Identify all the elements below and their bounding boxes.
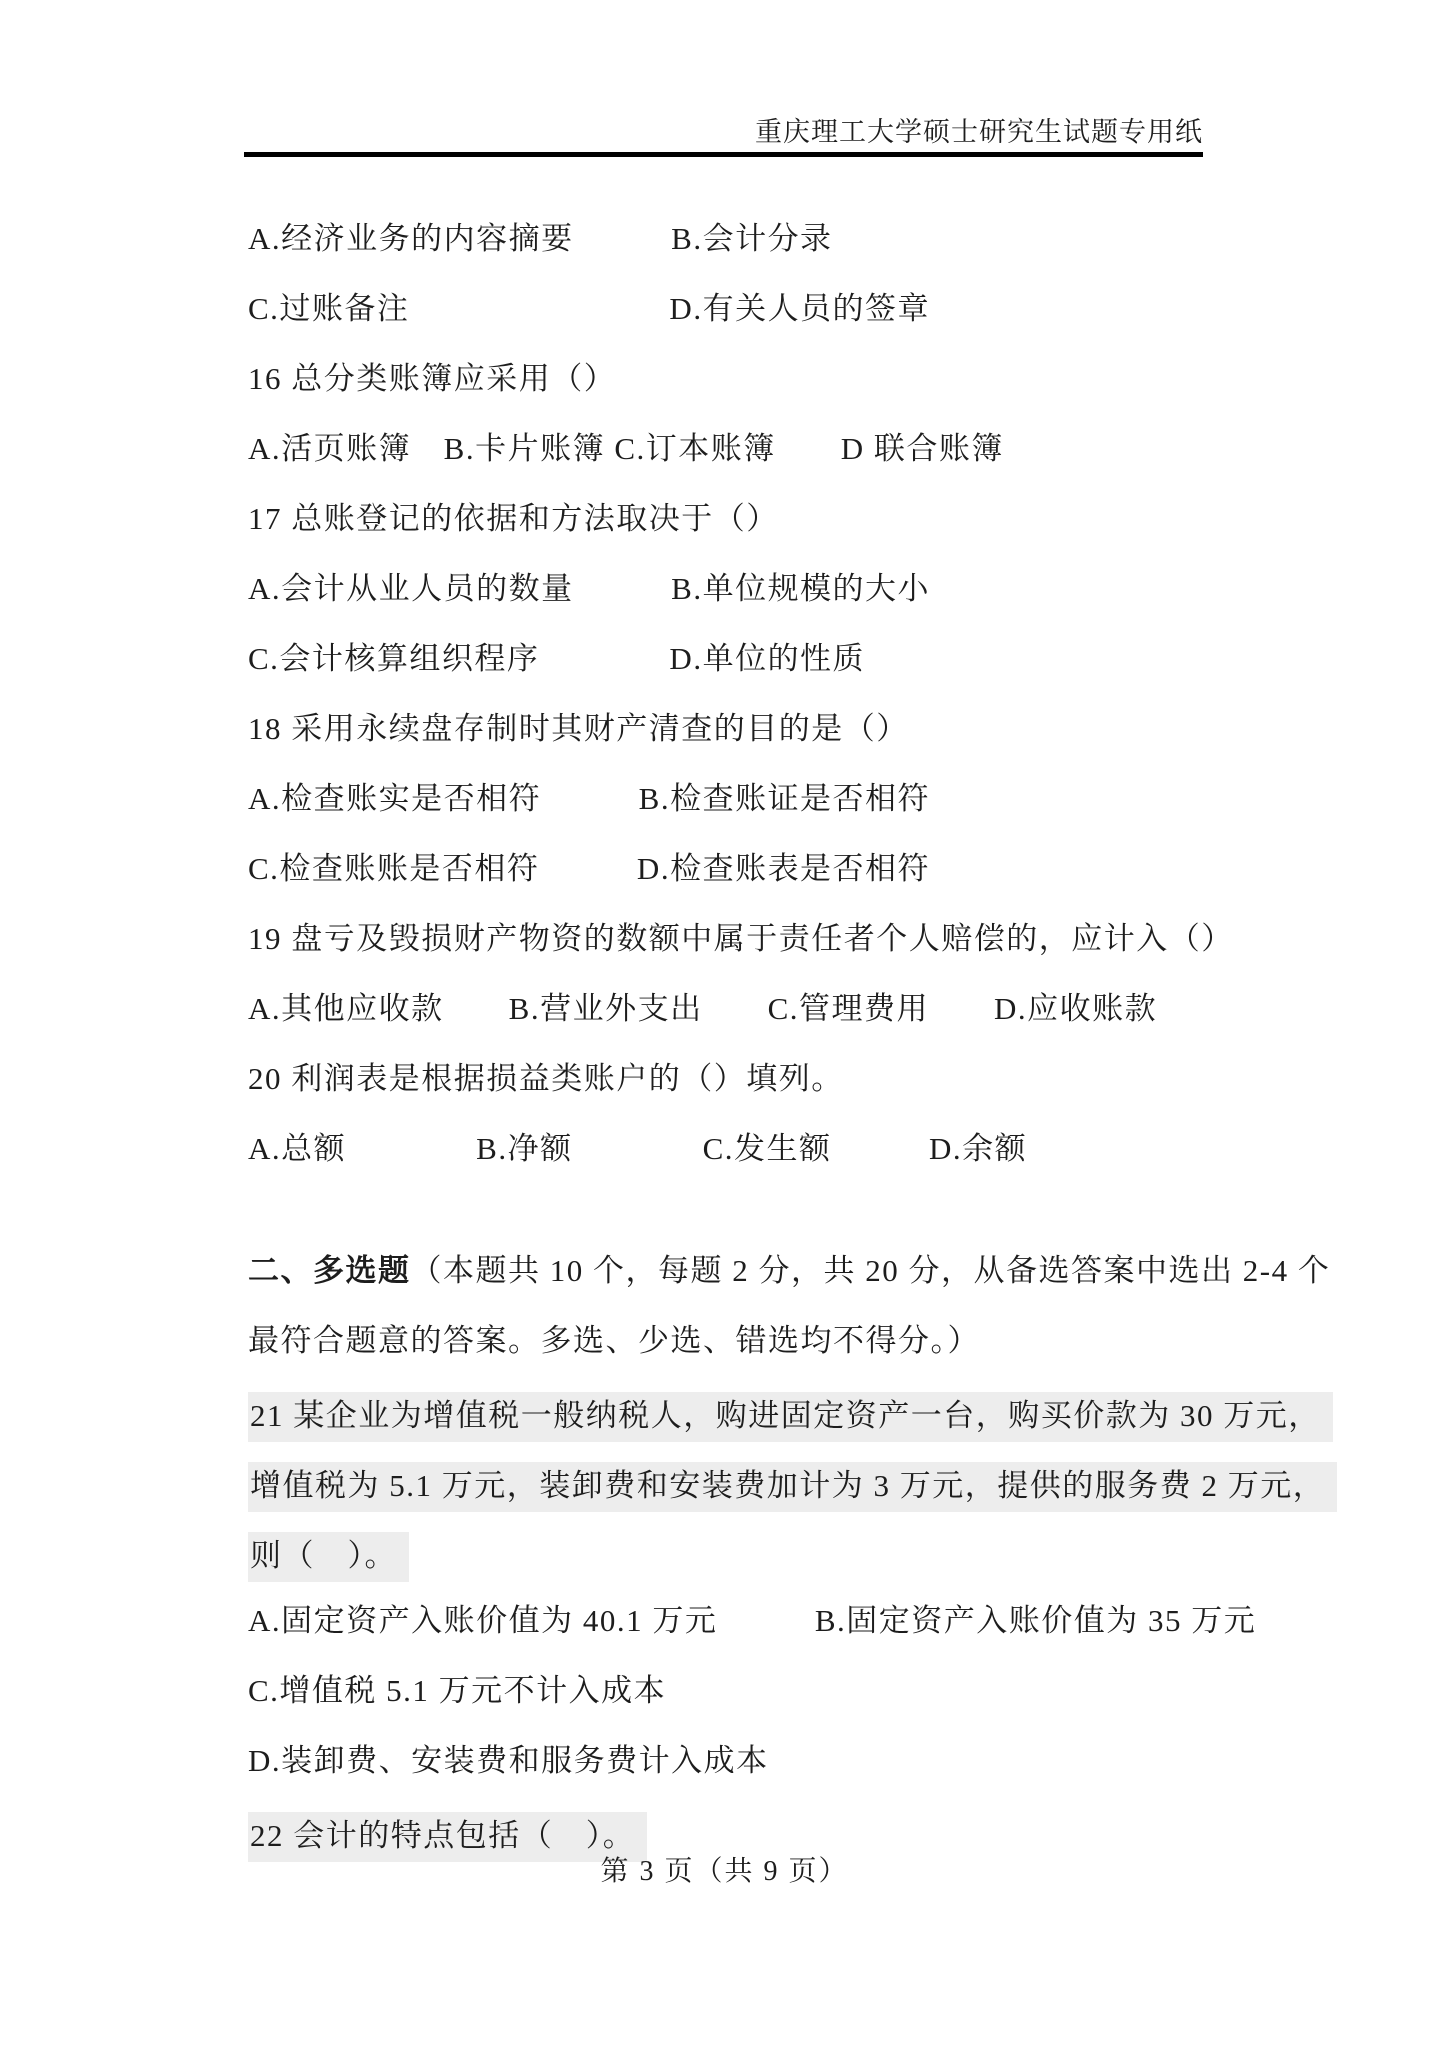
- question-20-text: 20 利润表是根据损益类账户的（）填列。: [248, 1061, 844, 1096]
- answer-row-19-text: A.其他应收款 B.营业外支出 C.管理费用 D.应收账款: [248, 991, 1157, 1026]
- question-21-line-2: 增值税为 5.1 万元，装卸费和安装费加计为 3 万元，提供的服务费 2 万元，: [248, 1462, 1368, 1532]
- question-19-text: 19 盘亏及毁损财产物资的数额中属于责任者个人赔偿的，应计入（）: [248, 921, 1234, 956]
- answer-row-20-text: A.总额 B.净额 C.发生额 D.余额: [248, 1131, 1027, 1166]
- question-21-line-2-text: 增值税为 5.1 万元，装卸费和安装费加计为 3 万元，提供的服务费 2 万元，: [248, 1462, 1337, 1512]
- answer-21-c: C.增值税 5.1 万元不计入成本: [248, 1672, 1368, 1742]
- answer-21-c-text: C.增值税 5.1 万元不计入成本: [248, 1673, 666, 1708]
- section-instructions-line2: 最符合题意的答案。多选、少选、错选均不得分。）: [248, 1322, 1368, 1392]
- paper-header-title: 重庆理工大学硕士研究生试题专用纸: [755, 110, 1203, 149]
- question-16: 16 总分类账簿应采用（）: [248, 360, 1368, 430]
- question-21-line-1: 21 某企业为增值税一般纳税人，购进固定资产一台，购买价款为 30 万元，: [248, 1392, 1368, 1462]
- section-instructions-line2-text: 最符合题意的答案。多选、少选、错选均不得分。）: [248, 1323, 980, 1358]
- answer-row-17-ab-text: A.会计从业人员的数量 B.单位规模的大小: [248, 571, 930, 606]
- answer-row-18-ab: A.检查账实是否相符 B.检查账证是否相符: [248, 780, 1368, 850]
- answer-row-15-ab: A.经济业务的内容摘要 B.会计分录: [248, 220, 1368, 290]
- question-21-line-1-text: 21 某企业为增值税一般纳税人，购进固定资产一台，购买价款为 30 万元，: [248, 1392, 1333, 1442]
- answer-21-d-text: D.装卸费、安装费和服务费计入成本: [248, 1743, 769, 1778]
- question-21-line-3: 则（ ）。: [248, 1532, 1368, 1602]
- answer-row-18-cd: C.检查账账是否相符 D.检查账表是否相符: [248, 850, 1368, 920]
- question-20: 20 利润表是根据损益类账户的（）填列。: [248, 1060, 1368, 1130]
- answer-row-17-cd-text: C.会计核算组织程序 D.单位的性质: [248, 641, 865, 676]
- question-21-line-3-text: 则（ ）。: [248, 1532, 409, 1582]
- answer-row-15-cd: C.过账备注 D.有关人员的签章: [248, 290, 1368, 360]
- answer-row-16-text: A.活页账簿 B.卡片账簿 C.订本账簿 D 联合账簿: [248, 431, 1004, 466]
- answer-row-21-ab-text: A.固定资产入账价值为 40.1 万元 B.固定资产入账价值为 35 万元: [248, 1603, 1256, 1638]
- answer-row-17-cd: C.会计核算组织程序 D.单位的性质: [248, 640, 1368, 710]
- section-title-multi-select: 二、多选题（本题共 10 个，每题 2 分，共 20 分，从备选答案中选出 2-…: [248, 1252, 1368, 1322]
- answer-21-d: D.装卸费、安装费和服务费计入成本: [248, 1742, 1368, 1812]
- answer-row-15-cd-text: C.过账备注 D.有关人员的签章: [248, 291, 930, 326]
- answer-row-16: A.活页账簿 B.卡片账簿 C.订本账簿 D 联合账簿: [248, 430, 1368, 500]
- page-number: 第 3 页（共 9 页）: [0, 1849, 1449, 1889]
- answer-row-18-cd-text: C.检查账账是否相符 D.检查账表是否相符: [248, 851, 930, 886]
- answer-row-20: A.总额 B.净额 C.发生额 D.余额: [248, 1130, 1368, 1200]
- exam-body: A.经济业务的内容摘要 B.会计分录 C.过账备注 D.有关人员的签章 16 总…: [248, 220, 1368, 1882]
- exam-paper-page: { "header": { "title": "重庆理工大学硕士研究生试题专用纸…: [0, 0, 1449, 2046]
- question-18-text: 18 采用永续盘存制时其财产清查的目的是（）: [248, 711, 909, 746]
- section-title-rest: （本题共 10 个，每题 2 分，共 20 分，从备选答案中选出 2-4 个: [411, 1253, 1331, 1288]
- header-rule: [244, 152, 1203, 157]
- answer-row-21-ab: A.固定资产入账价值为 40.1 万元 B.固定资产入账价值为 35 万元: [248, 1602, 1368, 1672]
- section-title-bold: 二、多选题: [248, 1253, 411, 1288]
- question-18: 18 采用永续盘存制时其财产清查的目的是（）: [248, 710, 1368, 780]
- answer-row-19: A.其他应收款 B.营业外支出 C.管理费用 D.应收账款: [248, 990, 1368, 1060]
- answer-row-18-ab-text: A.检查账实是否相符 B.检查账证是否相符: [248, 781, 930, 816]
- answer-row-17-ab: A.会计从业人员的数量 B.单位规模的大小: [248, 570, 1368, 640]
- question-19: 19 盘亏及毁损财产物资的数额中属于责任者个人赔偿的，应计入（）: [248, 920, 1368, 990]
- answer-row-15-ab-text: A.经济业务的内容摘要 B.会计分录: [248, 221, 833, 256]
- question-17-text: 17 总账登记的依据和方法取决于（）: [248, 501, 779, 536]
- question-16-text: 16 总分类账簿应采用（）: [248, 361, 616, 396]
- question-17: 17 总账登记的依据和方法取决于（）: [248, 500, 1368, 570]
